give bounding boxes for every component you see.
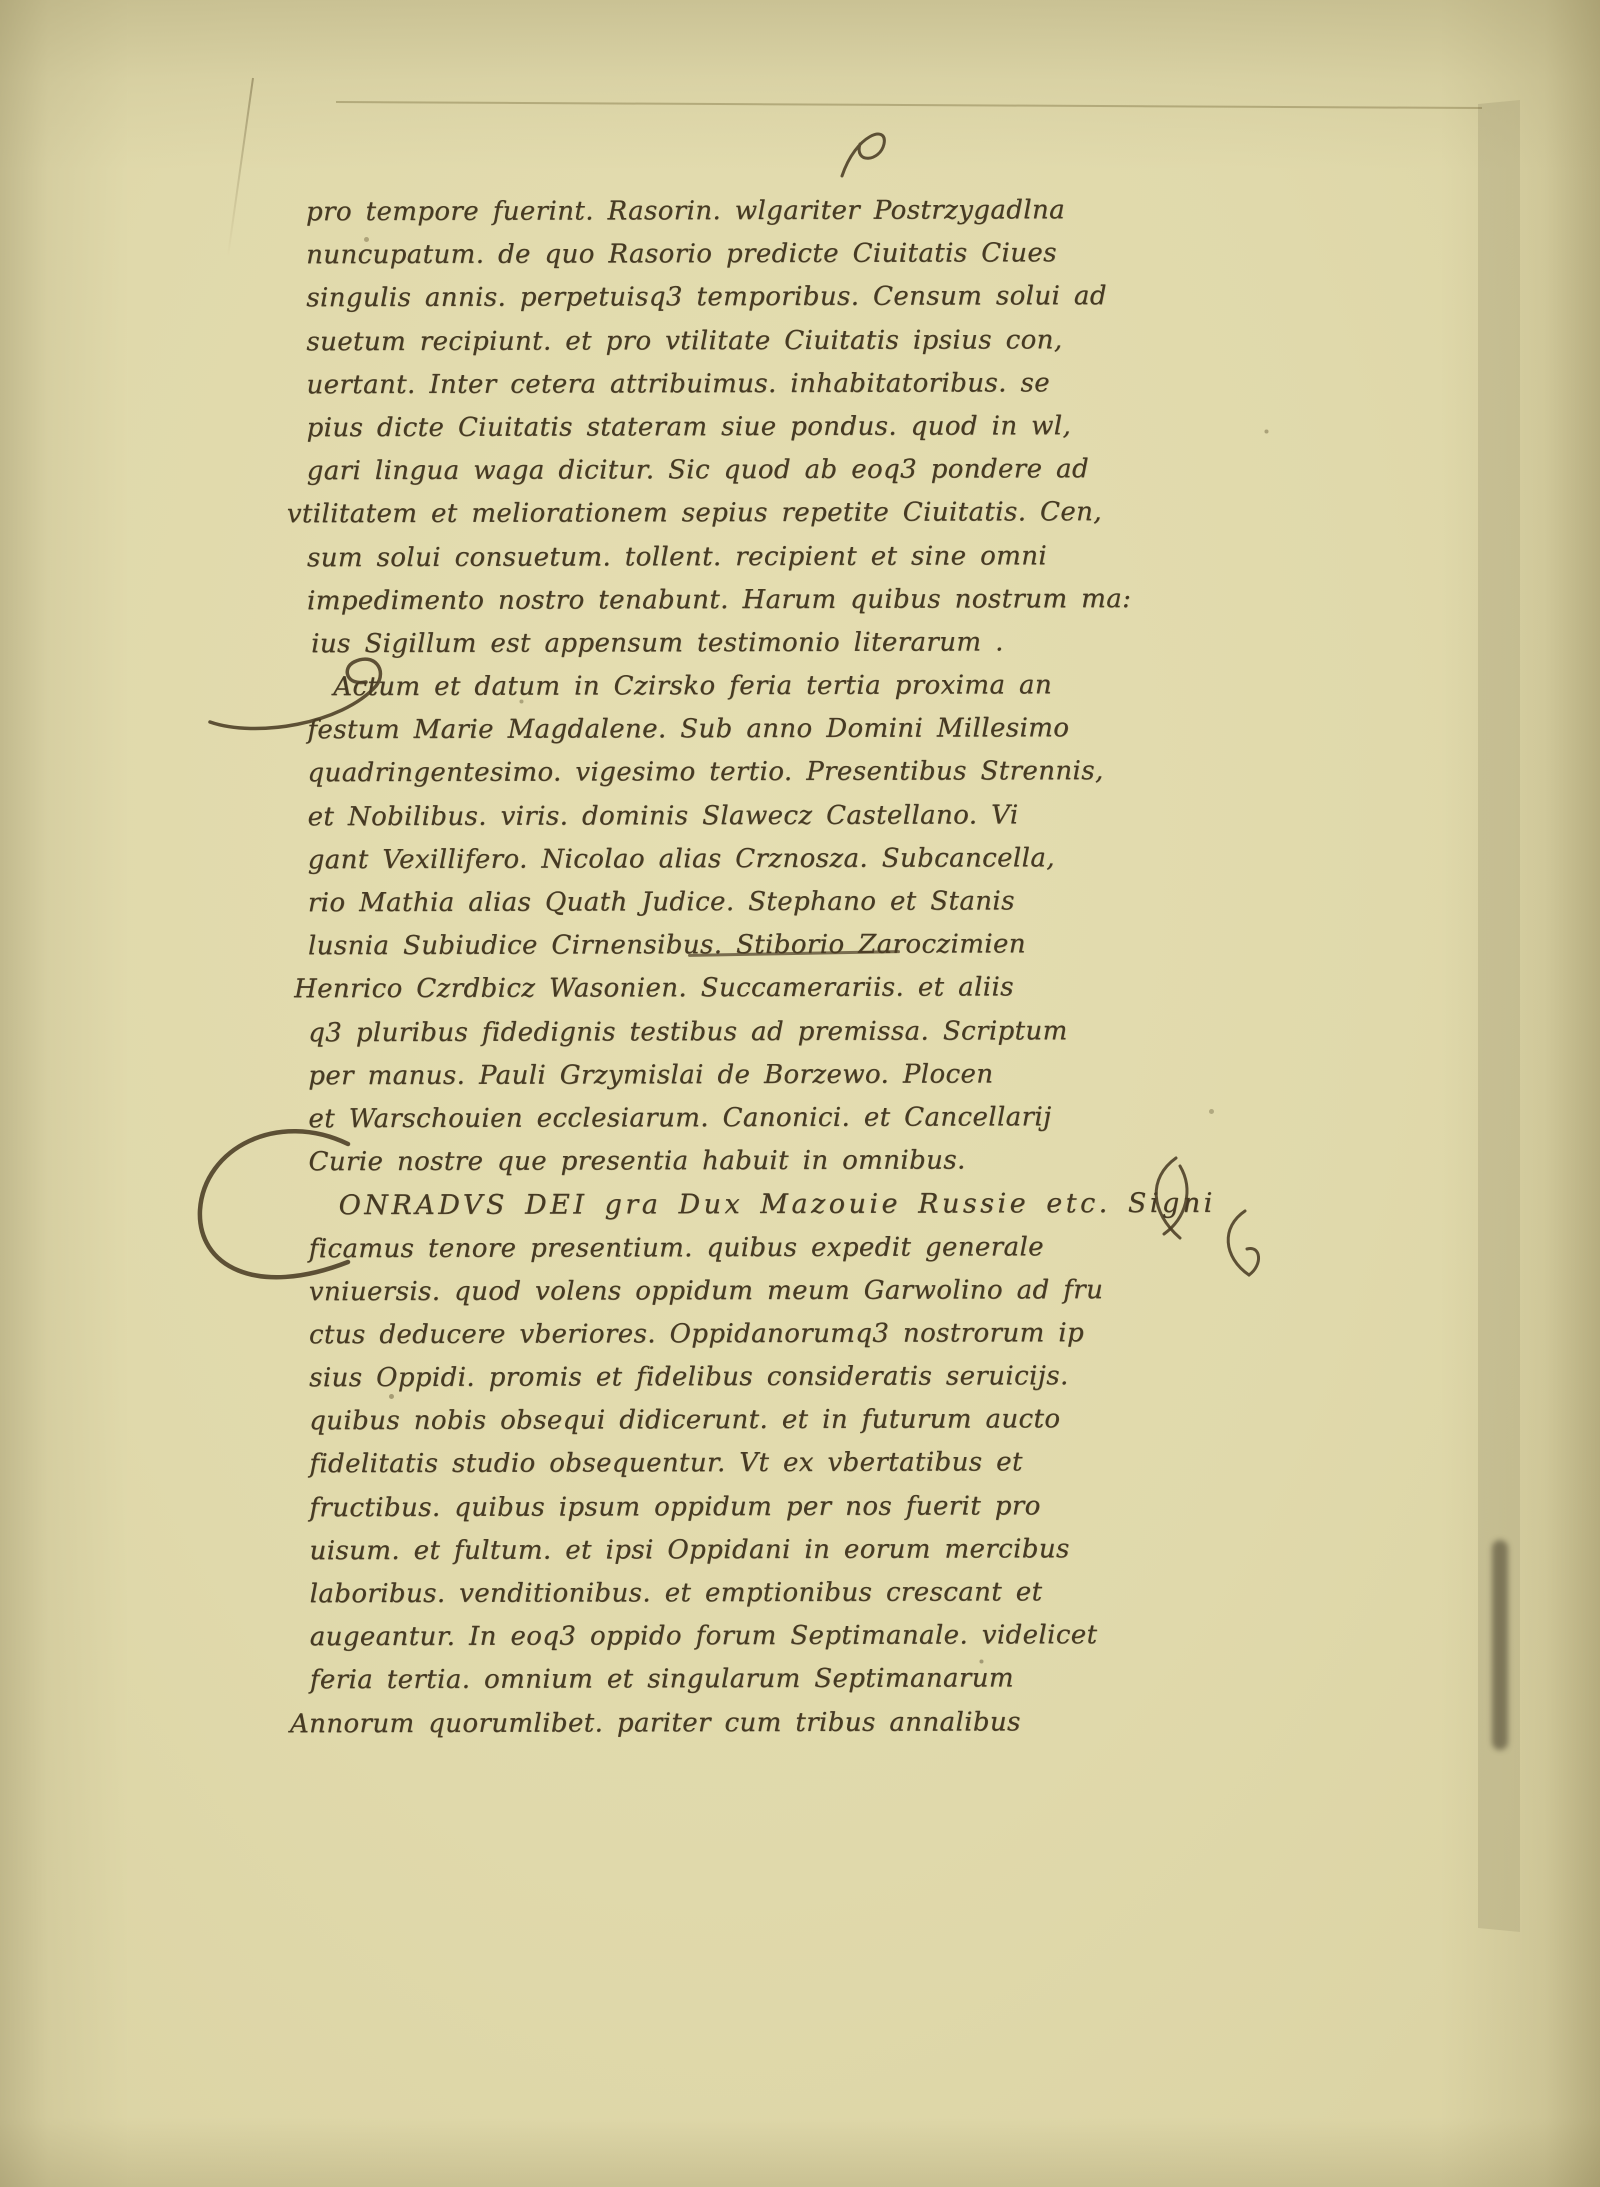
manuscript-line: festum Marie Magdalene. Sub anno Domini … bbox=[307, 707, 1214, 753]
manuscript-line: feria tertia. omnium et singularum Septi… bbox=[310, 1657, 1217, 1703]
manuscript-line: uertant. Inter cetera attribuimus. inhab… bbox=[306, 362, 1213, 408]
manuscript-line: laboribus. venditionibus. et emptionibus… bbox=[310, 1571, 1217, 1617]
manuscript-text: pro tempore fuerint. Rasorin. wlgariter … bbox=[306, 189, 1217, 1746]
manuscript-line: ONRADVS DEI gra Dux Mazouie Russie etc. … bbox=[339, 1182, 1216, 1227]
manuscript-line: fidelitatis studio obsequentur. Vt ex vb… bbox=[309, 1441, 1216, 1487]
manuscript-line: augeantur. In eoq3 oppido forum Septiman… bbox=[310, 1614, 1217, 1660]
paraph-squiggle bbox=[830, 118, 902, 190]
manuscript-line: impedimento nostro tenabunt. Harum quibu… bbox=[307, 578, 1214, 624]
manuscript-line: vtilitatem et meliorationem sepius repet… bbox=[287, 491, 1214, 537]
manuscript-line: suetum recipiunt. et pro vtilitate Ciuit… bbox=[306, 318, 1213, 364]
manuscript-line: quibus nobis obsequi didicerunt. et in f… bbox=[309, 1398, 1216, 1444]
manuscript-line: ficamus tenore presentium. quibus expedi… bbox=[309, 1225, 1216, 1271]
manuscript-line: pro tempore fuerint. Rasorin. wlgariter … bbox=[306, 189, 1213, 235]
manuscript-line: sum solui consuetum. tollent. recipient … bbox=[307, 534, 1214, 580]
manuscript-line: et Warschouien ecclesiarum. Canonici. et… bbox=[308, 1096, 1215, 1142]
manuscript-line: nuncupatum. de quo Rasorio predicte Ciui… bbox=[306, 232, 1213, 278]
manuscript-line: gant Vexillifero. Nicolao alias Crznosza… bbox=[308, 837, 1215, 883]
manuscript-line: Curie nostre que presentia habuit in omn… bbox=[308, 1139, 1215, 1185]
stacked-leaf-edge bbox=[336, 101, 1482, 109]
scan-background: pro tempore fuerint. Rasorin. wlgariter … bbox=[0, 0, 1600, 2187]
manuscript-line: et Nobilibus. viris. dominis Slawecz Cas… bbox=[308, 793, 1215, 839]
manuscript-line: per manus. Pauli Grzymislai de Borzewo. … bbox=[308, 1053, 1215, 1099]
manuscript-line: ius Sigillum est appensum testimonio lit… bbox=[311, 621, 1214, 667]
manuscript-line: gari lingua waga dicitur. Sic quod ab eo… bbox=[307, 448, 1214, 494]
manuscript-line: Henrico Czrdbicz Wasonien. Succamerariis… bbox=[294, 966, 1215, 1012]
manuscript-line: vniuersis. quod volens oppidum meum Garw… bbox=[309, 1268, 1216, 1314]
manuscript-line: Annorum quorumlibet. pariter cum tribus … bbox=[290, 1700, 1217, 1746]
manuscript-line: quadringentesimo. vigesimo tertio. Prese… bbox=[307, 750, 1214, 796]
paper-specks bbox=[0, 0, 3, 3]
gutter-stain bbox=[1492, 1540, 1508, 1750]
manuscript-line: sius Oppidi. promis et fidelibus conside… bbox=[309, 1355, 1216, 1401]
manuscript-line: ctus deducere vberiores. Oppidanorumq3 n… bbox=[309, 1312, 1216, 1358]
manuscript-line: Actum et datum in Czirsko feria tertia p… bbox=[333, 664, 1214, 709]
manuscript-line: q3 pluribus fidedignis testibus ad premi… bbox=[308, 1009, 1215, 1055]
manuscript-line: fructibus. quibus ipsum oppidum per nos … bbox=[309, 1484, 1216, 1530]
manuscript-line: rio Mathia alias Quath Judice. Stephano … bbox=[308, 880, 1215, 926]
manuscript-line: singulis annis. perpetuisq3 temporibus. … bbox=[306, 275, 1213, 321]
manuscript-line: pius dicte Ciuitatis stateram siue pondu… bbox=[307, 405, 1214, 451]
manuscript-page-wrap: pro tempore fuerint. Rasorin. wlgariter … bbox=[0, 0, 1600, 2187]
paper-crease bbox=[227, 78, 254, 257]
manuscript-line: lusnia Subiudice Cirnensibus. Stiborio Z… bbox=[308, 923, 1215, 969]
manuscript-line: uisum. et fultum. et ipsi Oppidani in eo… bbox=[309, 1528, 1216, 1574]
manuscript-page: pro tempore fuerint. Rasorin. wlgariter … bbox=[0, 0, 1600, 2187]
